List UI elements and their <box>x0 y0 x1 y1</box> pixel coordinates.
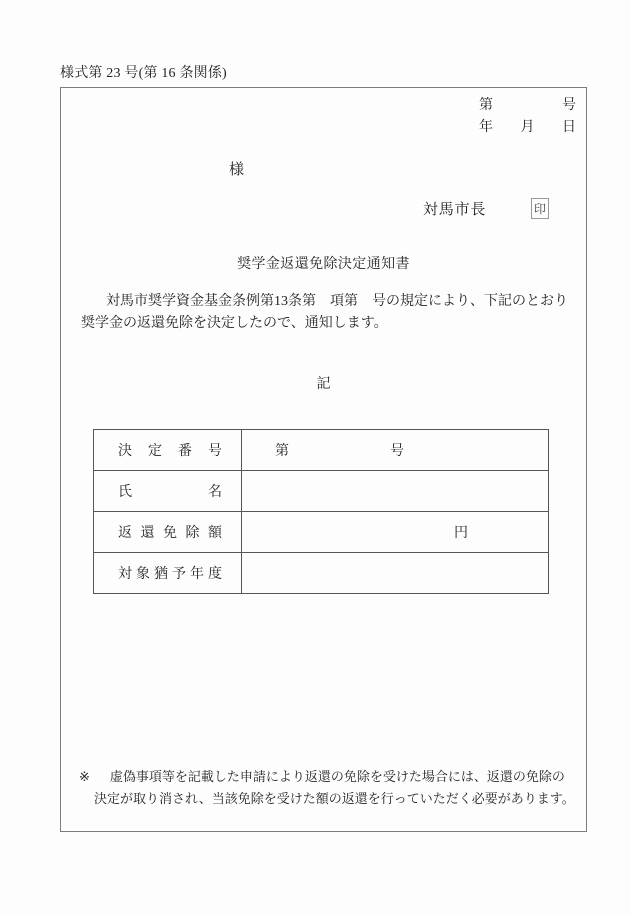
seal-placeholder-box: 印 <box>531 198 549 219</box>
document-number-line: 第 号 <box>479 98 576 114</box>
caution-note-line-1: ※ 虚偽事項等を記載した申請により返還の免除を受けた場合には、返還の免除の <box>61 766 581 788</box>
body-paragraph: 対馬市奨学資金基金条例第13条第 項第 号の規定により、下記のとおり 奨学金の返… <box>81 291 573 335</box>
name-value-cell <box>242 471 549 512</box>
date-month-label: 月 <box>521 120 535 136</box>
detail-table: 決定番号 第 号 氏名 返還免除額 <box>93 429 549 594</box>
table-row-name: 氏名 <box>94 471 549 512</box>
document-border-box: 第 号 年 月 日 様 対馬市長 印 奨学金返還免除決定通知書 対馬市奨学資金基… <box>60 87 587 832</box>
decision-number-value-cell: 第 号 <box>242 430 549 471</box>
deferred-year-value-cell <box>242 553 549 594</box>
addressee-honorific: 様 <box>229 158 244 179</box>
table-row-deferred-year: 対象猶予年度 <box>94 553 549 594</box>
document-page: 様式第 23 号(第 16 条関係) 第 号 年 月 日 様 対馬市長 印 奨学… <box>0 0 630 915</box>
name-label: 氏名 <box>118 481 222 501</box>
deferred-year-label-cell: 対象猶予年度 <box>94 553 242 594</box>
exemption-amount-value-cell: 円 <box>242 512 549 553</box>
body-line-1: 対馬市奨学資金基金条例第13条第 項第 号の規定により、下記のとおり <box>81 291 573 313</box>
doc-no-prefix: 第 <box>479 98 493 114</box>
caution-note-line-2: 決定が取り消され、当該免除を受けた額の返還を行っていただく必要があります。 <box>61 788 581 810</box>
decision-number-value: 第 号 <box>275 440 404 460</box>
sender-name: 対馬市長 <box>423 198 486 219</box>
body-line-2: 奨学金の返還免除を決定したので、通知します。 <box>81 313 573 335</box>
ki-marker: 記 <box>61 373 586 393</box>
form-number-label: 様式第 23 号(第 16 条関係) <box>60 62 227 82</box>
note-asterisk-marker: ※ <box>79 766 90 788</box>
date-line: 年 月 日 <box>479 120 576 136</box>
decision-number-label: 決定番号 <box>118 440 222 460</box>
note-text-1: 虚偽事項等を記載した申請により返還の免除を受けた場合には、返還の免除の <box>110 766 565 788</box>
caution-note: ※ 虚偽事項等を記載した申請により返還の免除を受けた場合には、返還の免除の 決定… <box>61 766 581 810</box>
decision-number-label-cell: 決定番号 <box>94 430 242 471</box>
table-row-exemption-amount: 返還免除額 円 <box>94 512 549 553</box>
date-year-label: 年 <box>479 120 493 136</box>
date-day-label: 日 <box>562 120 576 136</box>
exemption-amount-label: 返還免除額 <box>118 522 222 542</box>
decision-no-prefix: 第 <box>275 440 289 460</box>
doc-no-suffix: 号 <box>562 98 576 114</box>
table-row-decision-number: 決定番号 第 号 <box>94 430 549 471</box>
deferred-year-label: 対象猶予年度 <box>118 563 222 583</box>
yen-unit-label: 円 <box>242 522 548 542</box>
name-label-cell: 氏名 <box>94 471 242 512</box>
exemption-amount-label-cell: 返還免除額 <box>94 512 242 553</box>
document-title: 奨学金返還免除決定通知書 <box>61 253 586 273</box>
decision-no-suffix: 号 <box>390 440 404 460</box>
